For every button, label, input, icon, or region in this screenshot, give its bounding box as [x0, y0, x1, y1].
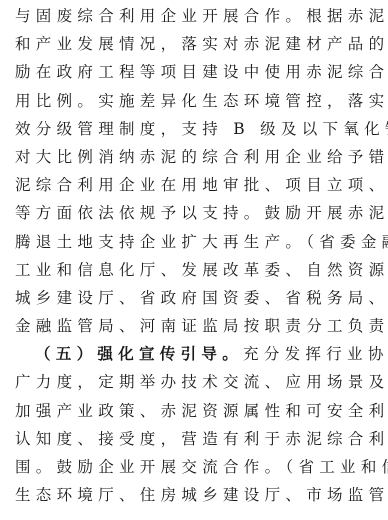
text-line: 广力度，定期举办技术交流、应用场景及典型案例推广等活动， [15, 368, 377, 396]
text-line: 认知度、接受度，营造有利于赤泥综合利用产业发展的社会氛 [15, 425, 377, 453]
text-line: 泥综合利用企业在用地审批、项目立项、环评、污染物排放指标 [15, 171, 377, 199]
text-line: 工业和信息化厅、发展改革委、自然资源厅、生态环境厅、住房 [15, 256, 377, 284]
text-line: 对大比例消纳赤泥的综合利用企业给予错峰生产豁免支持。对赤 [15, 143, 377, 171]
text-line: 效分级管理制度，支持 B 级及以下氧化铝企业争创 A 级企业； [15, 115, 377, 143]
text-line: 与固废综合利用企业开展合作。根据赤泥建材产品相关标准建设 [15, 2, 377, 30]
text-line: 金融监管局、河南证监局按职责分工负责） [15, 312, 377, 340]
section-5-first-line: （五）强化宣传引导。充分发挥行业协会作用，加大宣传推 [15, 340, 377, 368]
text-line: 腾退土地支持企业扩大再生产。（省委金融办、财政厅、科技厅、 [15, 228, 377, 256]
text-line: 用比例。实施差异化生态环境管控，落实重污染天气重点行业绩 [15, 87, 377, 115]
section-5-text: 充分发挥行业协会作用，加大宣传推 [243, 345, 388, 363]
text-line: 励在政府工程等项目建设中使用赤泥综合利用产品，逐步提升使 [15, 58, 377, 86]
text-line: 围。鼓励企业开展交流合作。（省工业和信息化厅、发展改革委、 [15, 453, 377, 481]
section-5-heading: （五）强化宣传引导。 [35, 344, 243, 363]
text-line: 生态环境厅、住房城乡建设厅、市场监管局按职责分工负责） [15, 481, 377, 509]
document-page: 与固废综合利用企业开展合作。根据赤泥建材产品相关标准建设 和产业发展情况，落实对… [15, 2, 377, 509]
text-line: 和产业发展情况，落实对赤泥建材产品的政府采购支持政策，鼓 [15, 30, 377, 58]
text-line: 等方面依法依规予以支持。鼓励开展赤泥堆存库原位生态修复， [15, 199, 377, 227]
text-line: 加强产业政策、赤泥资源属性和可安全利用方面宣传，提高社会 [15, 397, 377, 425]
text-line: 城乡建设厅、省政府国资委、省税务局、人行河南省分行、河南 [15, 284, 377, 312]
